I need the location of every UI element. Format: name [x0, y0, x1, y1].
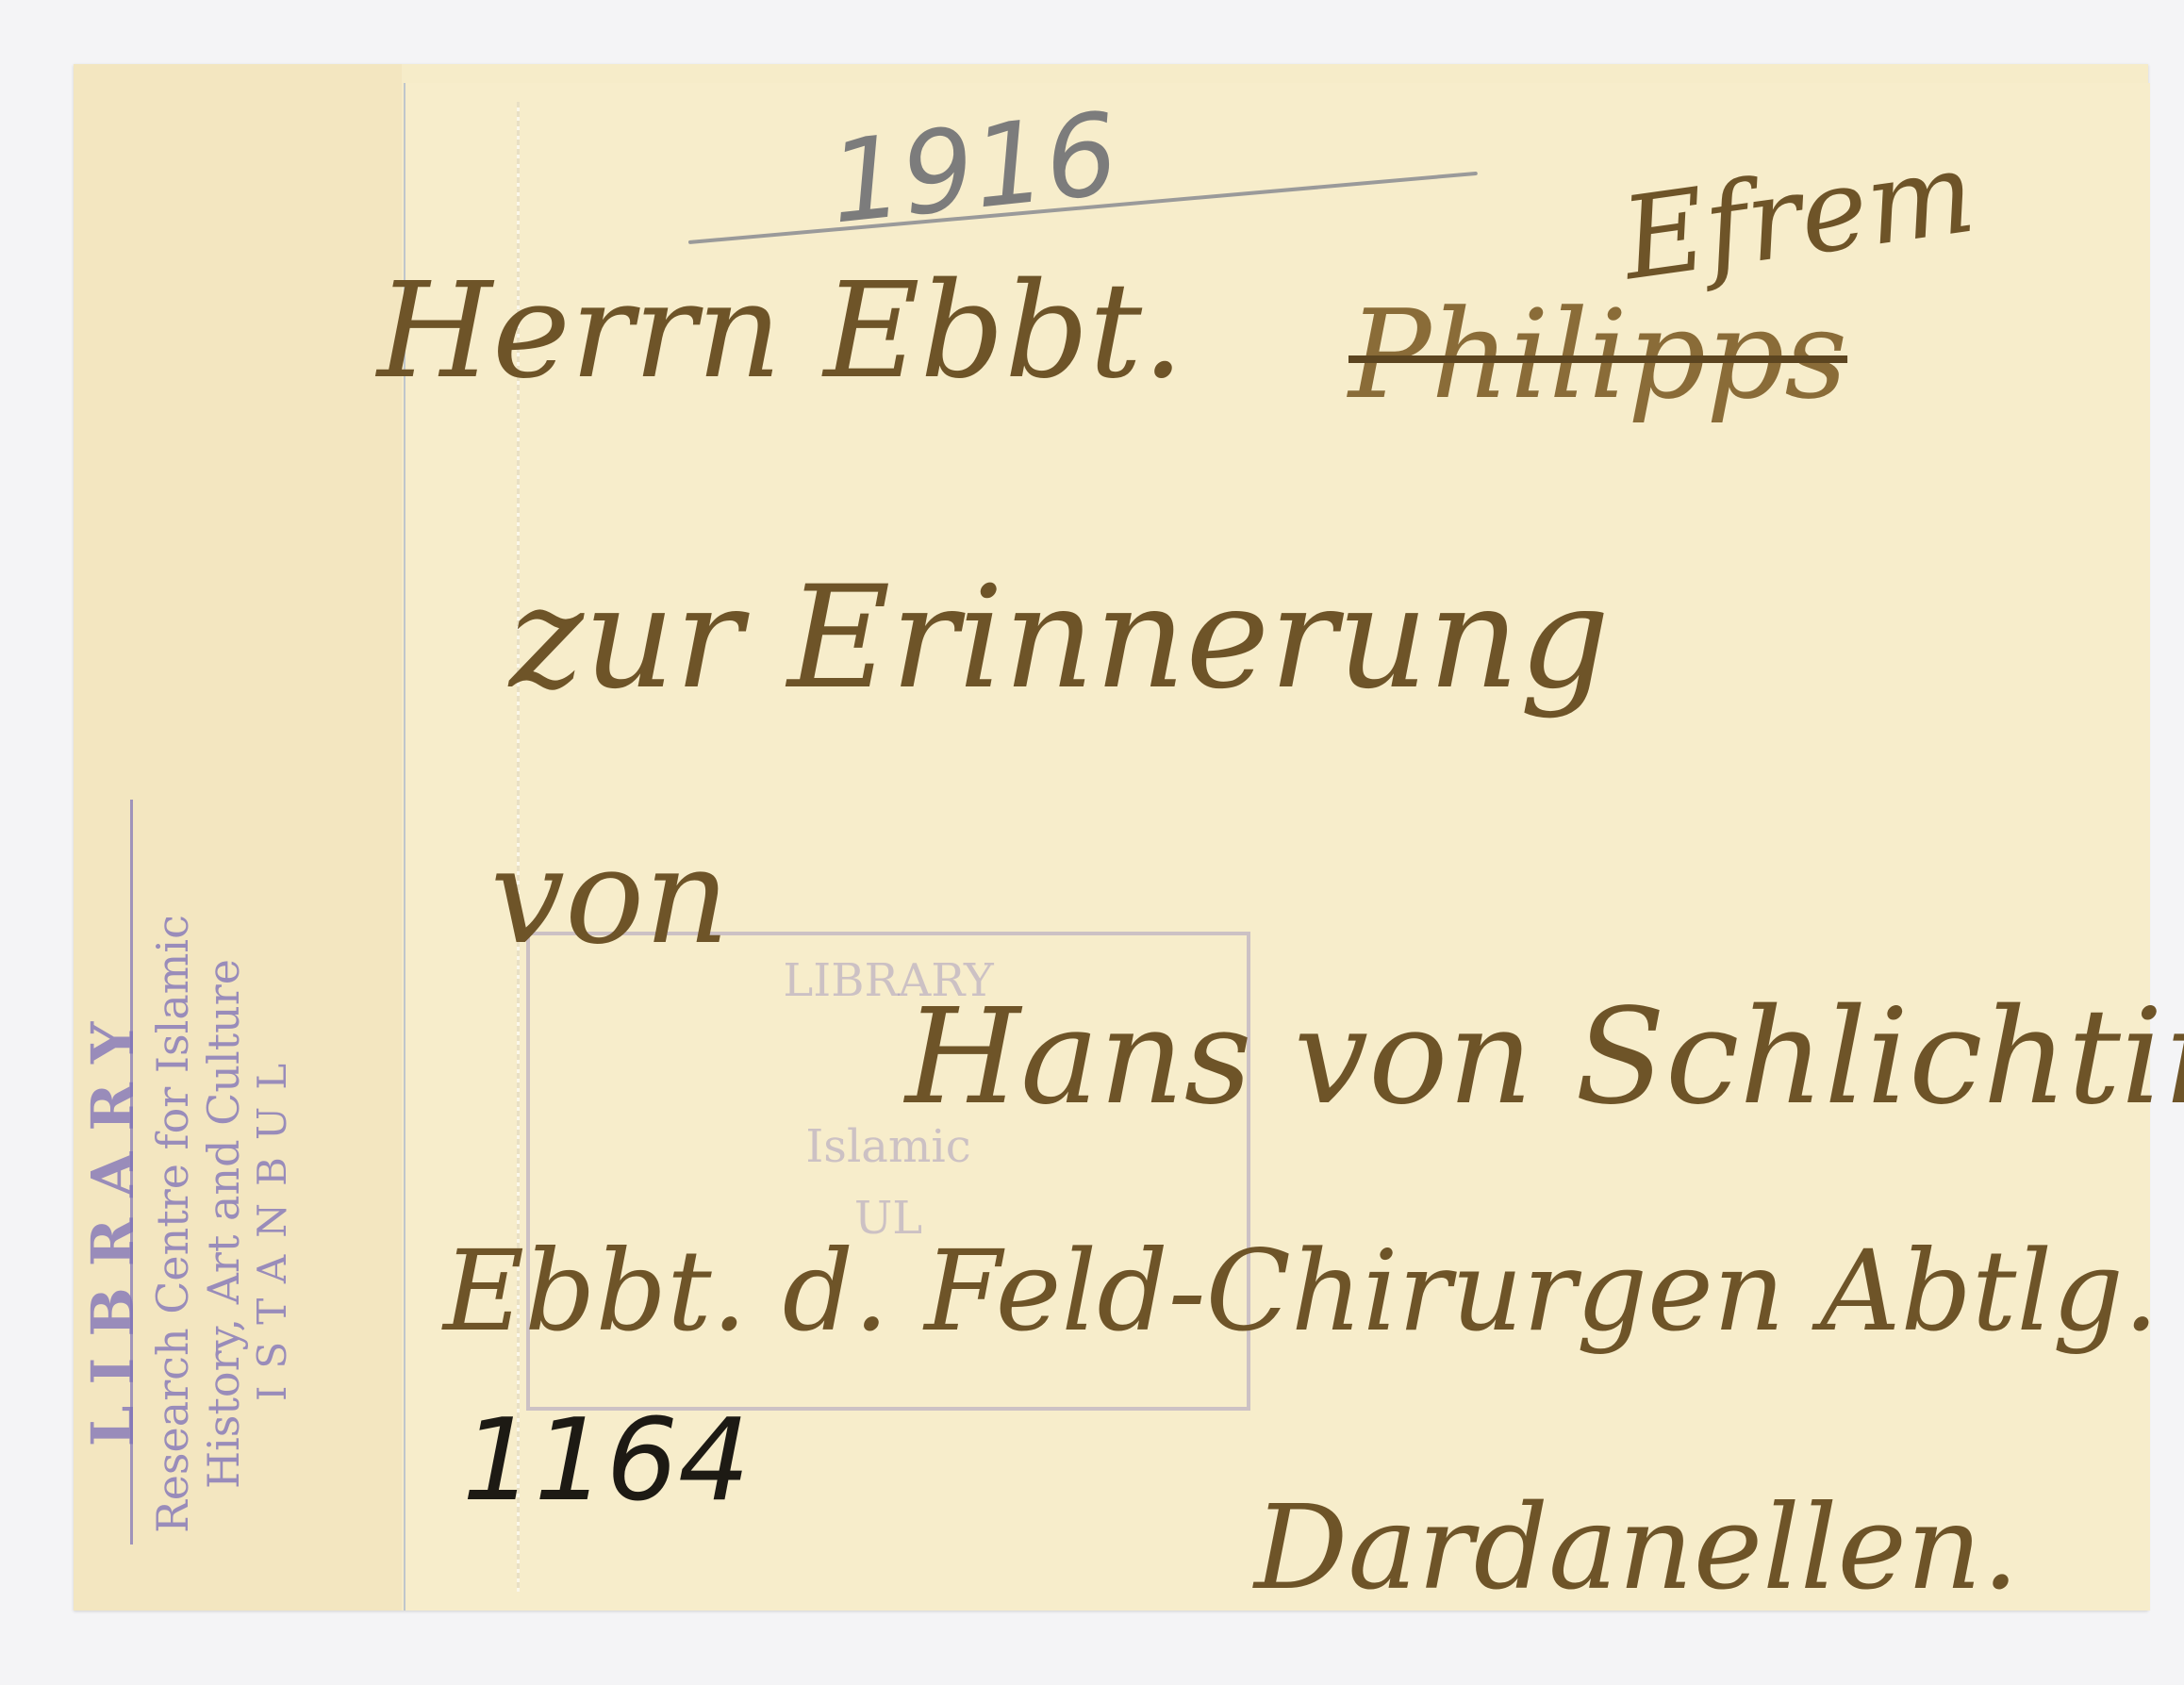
unit-line: Ebbt. d. Feld-Chirurgen Abtlg.: [443, 1226, 2159, 1356]
signature: Hans von Schlichting: [905, 981, 2184, 1134]
stamp-line-1: Research Centre for Islamic: [147, 884, 198, 1563]
struck-name: Philipps: [1348, 283, 1847, 426]
stamp-title: LIBRARY: [78, 884, 147, 1563]
stamp-line-3: ISTANBUL: [249, 884, 295, 1563]
library-stamp: LIBRARY Research Centre for Islamic Hist…: [78, 884, 361, 1563]
stamp-line-2: History, Art and Culture: [198, 884, 249, 1563]
salutation: Herrn Ebbt.: [377, 255, 1184, 408]
inventory-number: 1164: [462, 1396, 750, 1527]
location-line: Dardanellen.: [1254, 1480, 2019, 1616]
from-line: von: [490, 820, 730, 974]
dedication-line: zur Erinnerung: [509, 556, 1610, 720]
